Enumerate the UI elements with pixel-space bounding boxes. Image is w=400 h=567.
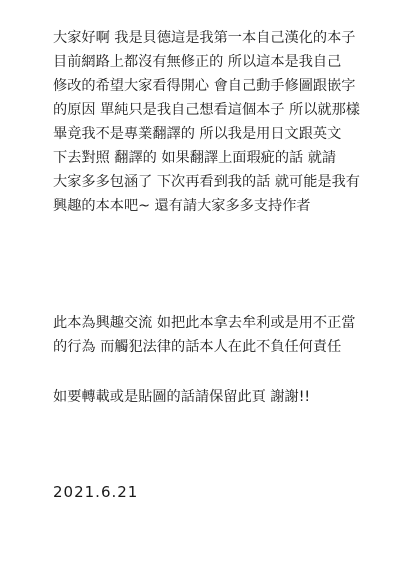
intro-line: 興趣的本本吧~ 還有請大家多多支持作者 bbox=[53, 197, 311, 215]
intro-line: 大家多多包涵了 下次再看到我的話 就可能是我有 bbox=[53, 173, 360, 191]
intro-line: 修改的希望大家看得開心 會自己動手修圖跟嵌字 bbox=[53, 77, 355, 95]
intro-line: 下去對照 翻譯的 如果翻譯上面瑕疵的話 就請 bbox=[53, 149, 336, 167]
intro-line: 畢竟我不是專業翻譯的 所以我是用日文跟英文 bbox=[53, 125, 341, 143]
repost-notice-line: 如要轉載或是貼圖的話請保留此頁 謝謝!! bbox=[53, 388, 310, 406]
intro-line: 目前網路上都沒有無修正的 所以這本是我自己 bbox=[53, 53, 341, 71]
date-stamp: 2021.6.21 bbox=[53, 483, 138, 501]
intro-line: 大家好啊 我是貝德這是我第一本自己漢化的本子 bbox=[53, 29, 355, 47]
disclaimer-line: 的行為 而觸犯法律的話本人在此不負任何責任 bbox=[53, 338, 341, 356]
intro-line: 的原因 單純只是我自己想看這個本子 所以就那樣 bbox=[53, 101, 360, 119]
document-page: 大家好啊 我是貝德這是我第一本自己漢化的本子 目前網路上都沒有無修正的 所以這本… bbox=[0, 0, 400, 567]
disclaimer-line: 此本為興趣交流 如把此本拿去牟利或是用不正當 bbox=[53, 314, 355, 332]
